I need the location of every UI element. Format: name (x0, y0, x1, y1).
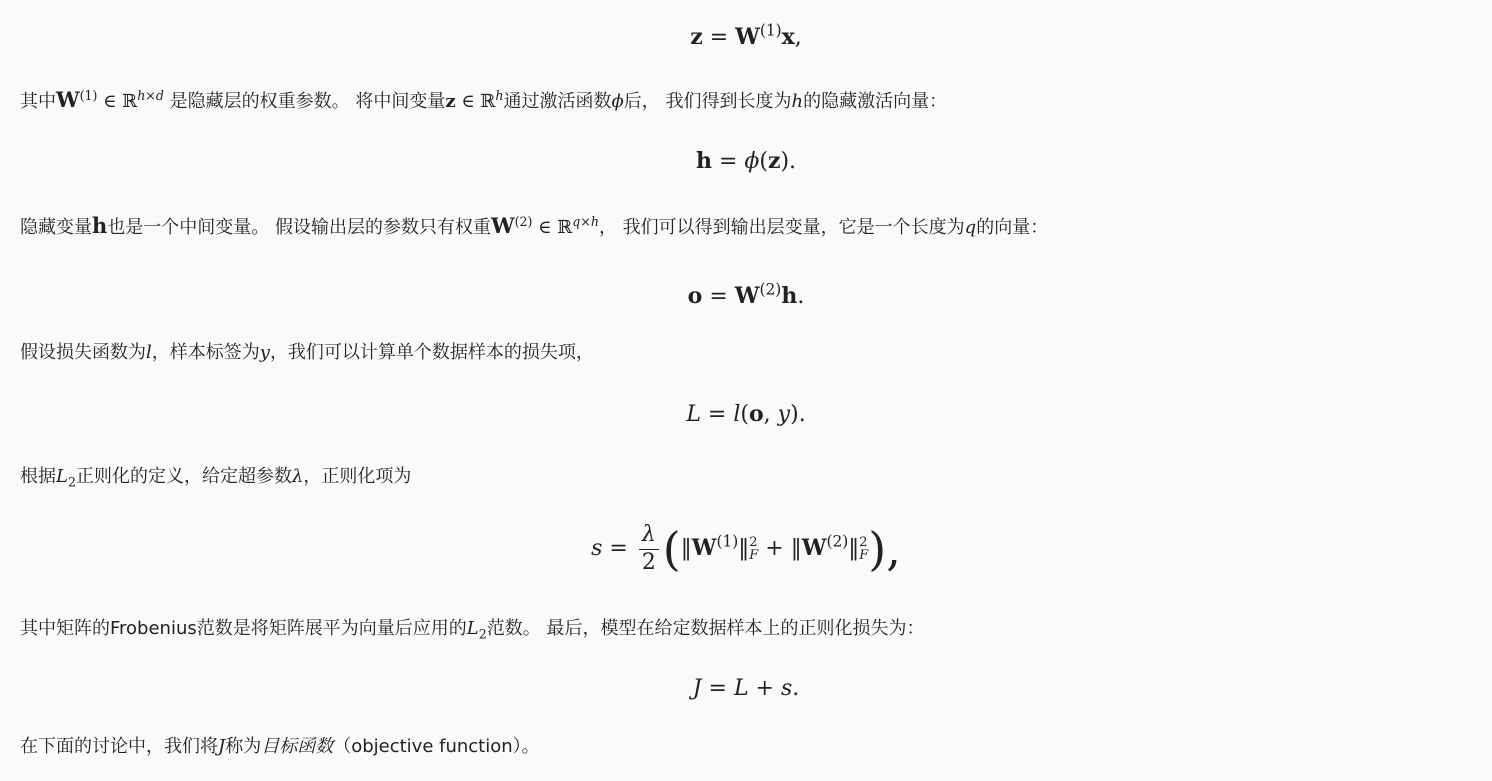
math-op: = (712, 149, 744, 174)
math-punct: . (797, 284, 804, 309)
paragraph-2: 隐藏变量h也是一个中间变量。 假设输出层的参数只有权重W(2) ∈ ℝq×h， … (20, 213, 1048, 239)
text: 的隐藏激活向量： (803, 91, 947, 112)
text: 后， 我们得到长度为 (624, 91, 792, 112)
equation-s: s = λ2(‖W(1)‖2F + ‖W(2)‖2F), (0, 522, 1492, 576)
text: 隐藏变量 (20, 217, 92, 238)
equation-J: J = L + s. (0, 676, 1492, 701)
text: 范数。 最后，模型在给定数据样本上的正则化损失为： (487, 618, 925, 639)
math-sub: 2 (479, 627, 487, 642)
text: ，样本标签为 (152, 342, 260, 363)
math-sup: (2) (826, 533, 848, 551)
math-z: z (768, 148, 781, 174)
math-W: W (735, 24, 760, 50)
equation-z: z = W(1)x, (0, 24, 1492, 50)
math-op: = (702, 676, 734, 701)
math-op: = (701, 402, 733, 427)
math-paren: ), (868, 522, 901, 576)
math-h: h (792, 91, 804, 112)
math-sub: F (859, 549, 868, 562)
math-x: x (782, 24, 795, 50)
math-o: o (688, 283, 703, 309)
math-z: z (690, 24, 703, 50)
text: 其中矩阵的Frobenius范数是将矩阵展平为向量后应用的 (20, 618, 467, 639)
text: 的向量： (976, 217, 1048, 238)
math-phi: ϕ (744, 149, 759, 174)
text: 通过激活函数 (503, 91, 611, 112)
math-sup: (1) (760, 22, 782, 40)
paragraph-5: 其中矩阵的Frobenius范数是将矩阵展平为向量后应用的L2范数。 最后，模型… (20, 618, 924, 640)
math-op: + (758, 536, 790, 561)
math-h: h (696, 148, 712, 174)
math-W: W (802, 535, 827, 561)
paragraph-3: 假设损失函数为l，样本标签为y，我们可以计算单个数据样本的损失项， (20, 342, 594, 364)
math-op: = (702, 284, 734, 309)
math-L: L (734, 676, 749, 701)
text: 也是一个中间变量。 假设输出层的参数只有权重 (107, 217, 491, 238)
math-lambda: λ (292, 466, 303, 487)
math-sup: h×d (137, 88, 164, 103)
math-norm: ‖ (738, 536, 749, 561)
equation-o: o = W(2)h. (0, 283, 1492, 309)
math-o: o (749, 401, 764, 427)
math-sup: q×h (572, 214, 599, 229)
math-paren: ). (780, 149, 796, 174)
math-R: ℝ (122, 91, 137, 112)
math-phi: ϕ (611, 91, 623, 112)
text: ， 我们可以得到输出层变量，它是一个长度为 (599, 217, 965, 238)
text: ，正则化项为 (303, 466, 411, 487)
math-sup: (1) (716, 533, 738, 551)
math-norm: ‖ (681, 536, 692, 561)
text: 正则化的定义，给定超参数 (76, 466, 292, 487)
math-norm: ‖ (848, 536, 859, 561)
text: （objective function）。 (333, 736, 539, 757)
math-s: s (591, 536, 602, 561)
math-in: ∈ (97, 91, 122, 112)
math-in: ∈ (532, 217, 557, 238)
math-sub: F (749, 549, 758, 562)
equation-h: h = ϕ(z). (0, 148, 1492, 174)
math-L: L (686, 402, 701, 427)
math-sup: (2) (760, 281, 782, 299)
text: 假设损失函数为 (20, 342, 146, 363)
math-J: J (693, 676, 702, 701)
math-s: s (781, 676, 792, 701)
paragraph-1: 其中W(1) ∈ ℝh×d 是隐藏层的权重参数。 将中间变量z ∈ ℝh通过激活… (20, 87, 947, 113)
math-L: L (56, 466, 68, 487)
math-op: = (602, 536, 634, 561)
math-h: h (781, 283, 797, 309)
math-lambda: λ (639, 522, 659, 549)
math-R: ℝ (480, 91, 495, 112)
math-y: y (260, 342, 270, 363)
math-subsup: 2F (749, 536, 758, 562)
math-z: z (445, 91, 455, 112)
math-sup: (1) (80, 88, 98, 103)
paragraph-6: 在下面的讨论中，我们将J称为目标函数（objective function）。 (20, 736, 540, 758)
math-sup: (2) (515, 214, 533, 229)
equation-L: L = l(o, y). (0, 401, 1492, 427)
math-paren: ). (790, 402, 806, 427)
math-op: + (749, 676, 781, 701)
math-subsup: 2F (859, 536, 868, 562)
emphasis-text: 目标函数 (261, 736, 333, 757)
math-L: L (467, 618, 479, 639)
math-R: ℝ (557, 217, 572, 238)
math-h: h (92, 213, 107, 238)
math-comma: , (764, 402, 778, 427)
math-norm: ‖ (791, 536, 802, 561)
math-W: W (491, 213, 515, 238)
text: 是隐藏层的权重参数。 将中间变量 (164, 91, 445, 112)
math-paren: ( (759, 149, 768, 174)
fraction: λ2 (639, 522, 659, 576)
text: 称为 (225, 736, 261, 757)
math-in: ∈ (456, 91, 481, 112)
text: 其中 (20, 91, 56, 112)
math-paren: ( (663, 522, 681, 576)
math-punct: . (792, 676, 799, 701)
text: 根据 (20, 466, 56, 487)
math-punct: , (795, 25, 802, 50)
math-W: W (692, 535, 717, 561)
math-sub: 2 (68, 475, 76, 490)
text: ，我们可以计算单个数据样本的损失项， (270, 342, 594, 363)
math-paren: ( (740, 402, 749, 427)
math-W: W (735, 283, 760, 309)
text: 在下面的讨论中，我们将 (20, 736, 218, 757)
math-q: q (965, 217, 977, 238)
math-W: W (56, 87, 80, 112)
math-op: = (703, 25, 735, 50)
paragraph-4: 根据L2正则化的定义，给定超参数λ，正则化项为 (20, 466, 411, 488)
math-two: 2 (639, 550, 659, 576)
math-y: y (778, 402, 790, 427)
